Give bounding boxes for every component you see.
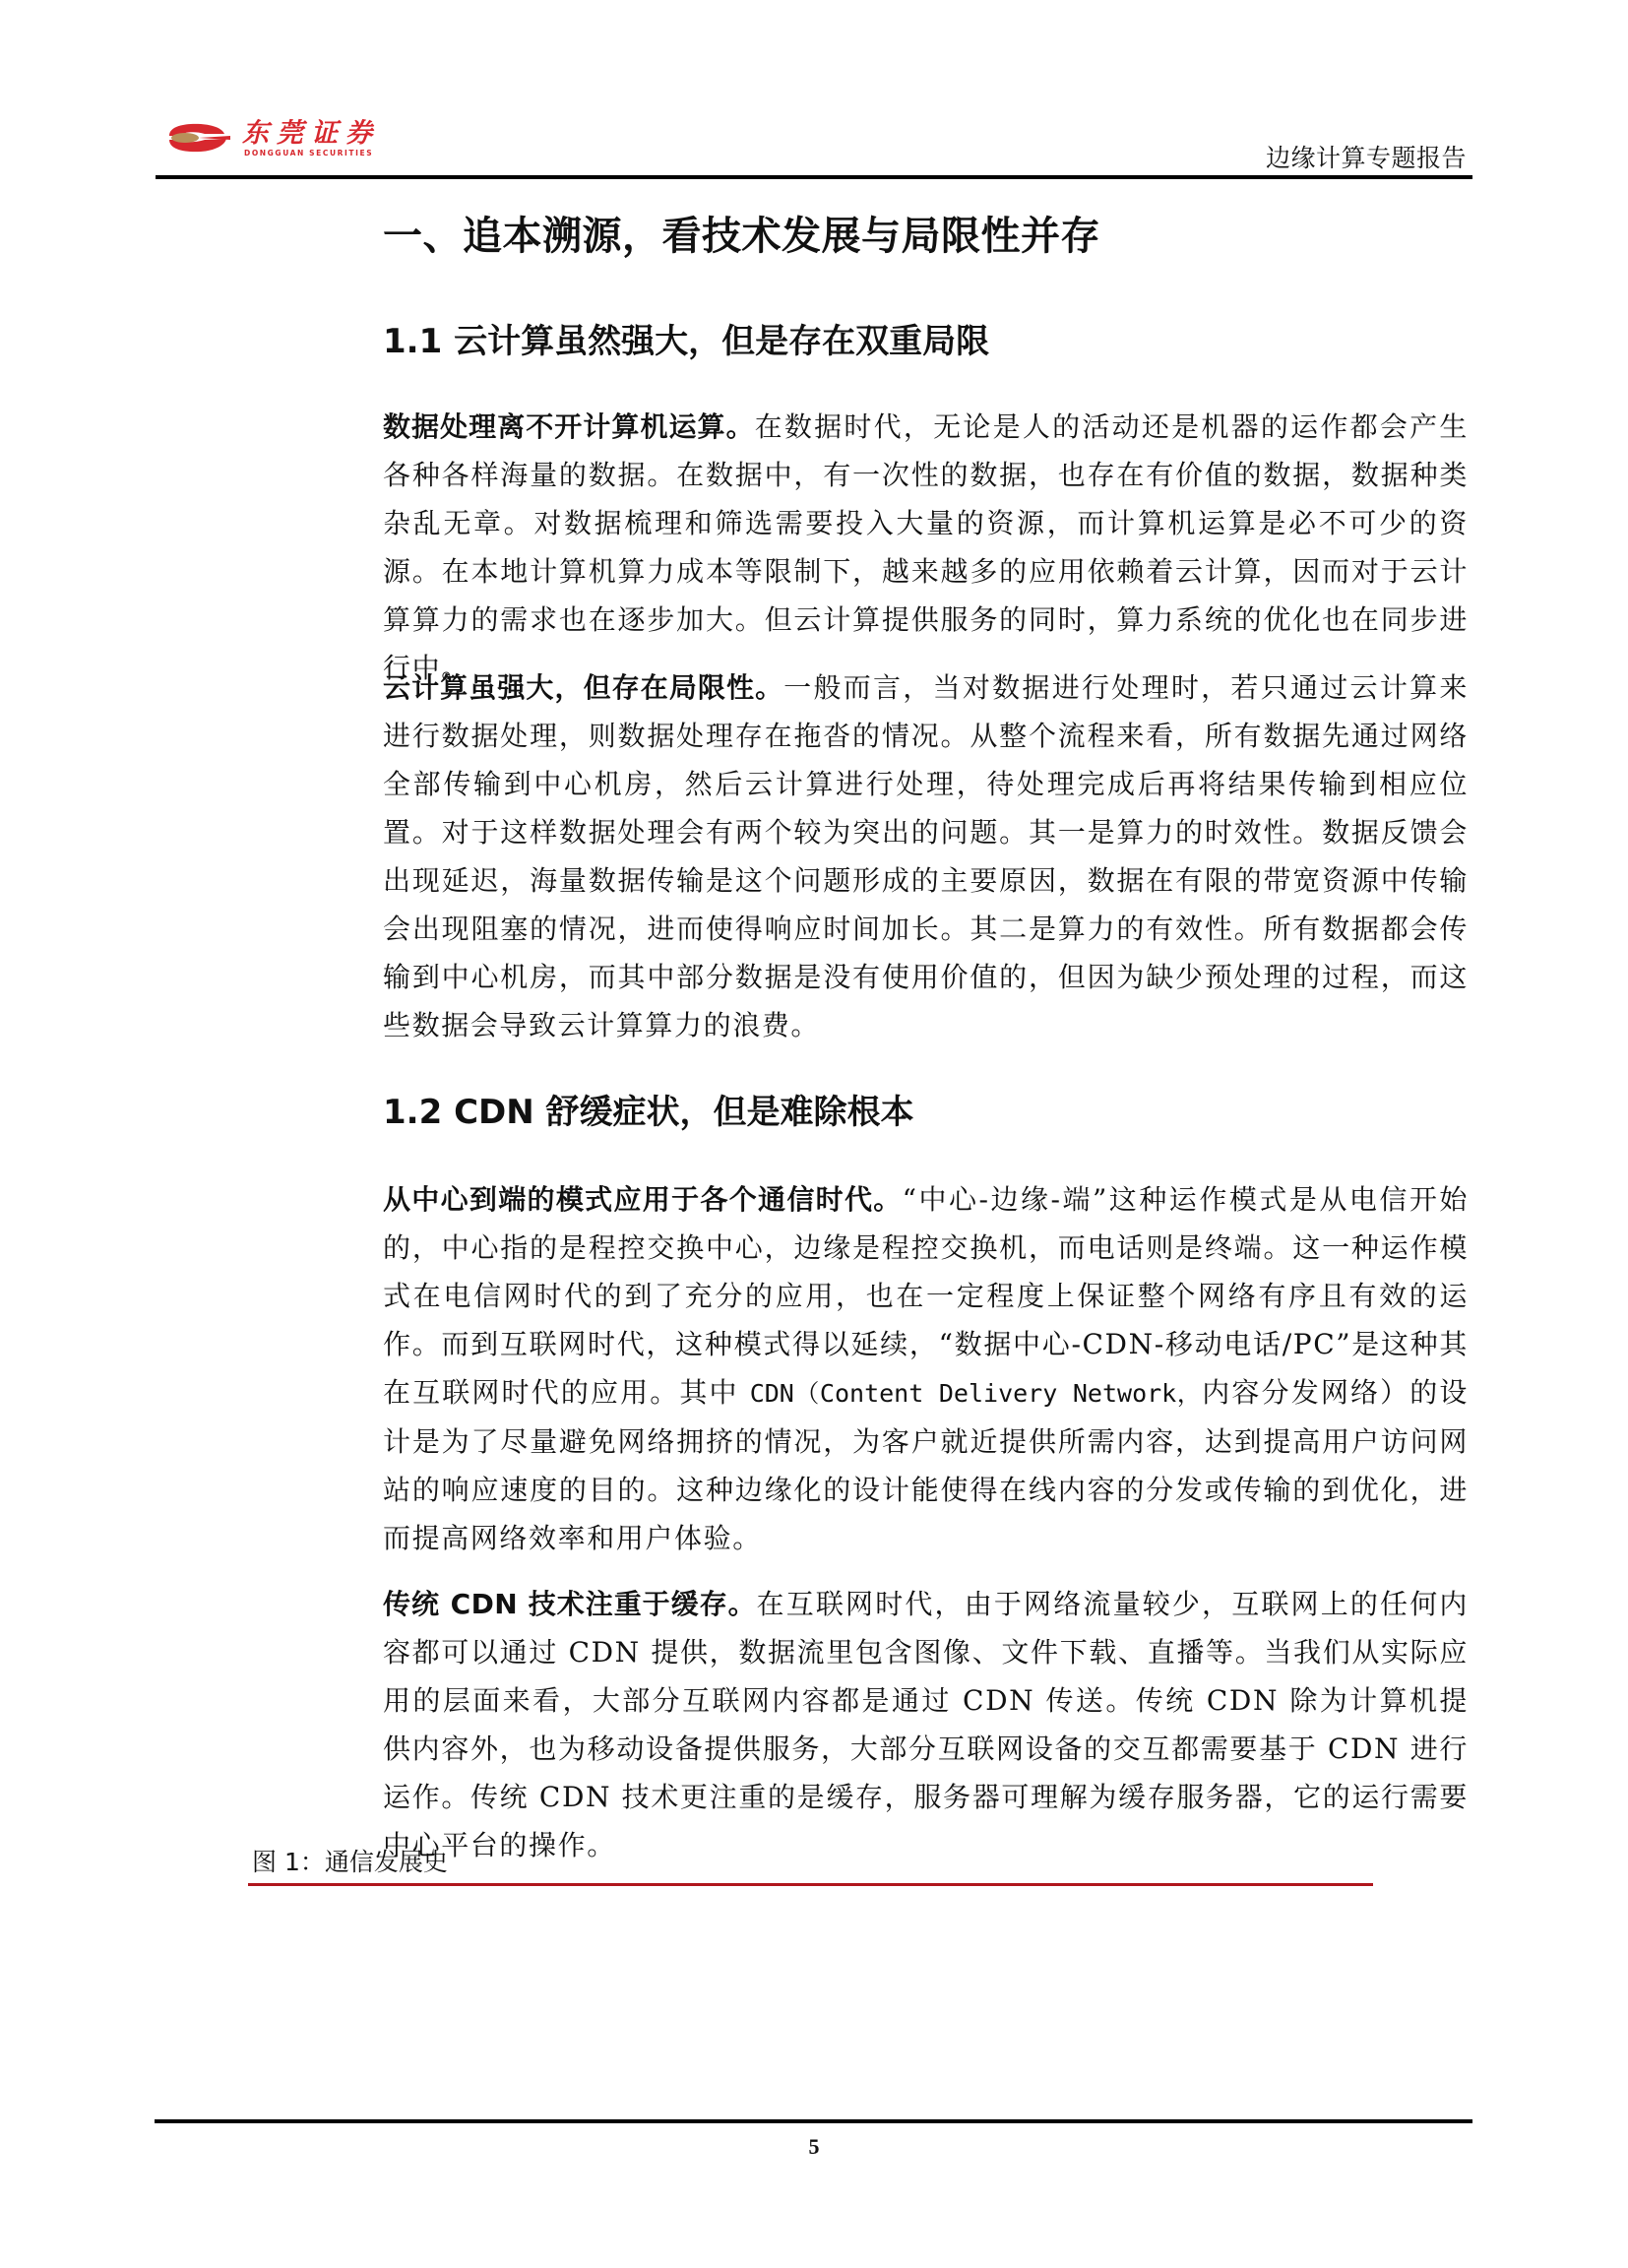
subsection-heading-1-1: 1.1 云计算虽然强大，但是存在双重局限: [383, 321, 989, 362]
paragraph: 从中心到端的模式应用于各个通信时代。“中心-边缘-端”这种运作模式是从电信开始的…: [383, 1175, 1469, 1562]
paragraph-lead: 传统 CDN 技术注重于缓存。: [383, 1588, 757, 1620]
subsection-heading-1-2: 1.2 CDN 舒缓症状，但是难除根本: [383, 1092, 914, 1133]
figure-caption: 图 1：通信发展史: [252, 1847, 448, 1878]
report-title: 边缘计算专题报告: [1266, 144, 1467, 173]
figure-caption-divider: [248, 1883, 1373, 1886]
paragraph-body: 一般而言，当对数据进行处理时，若只通过云计算来进行数据处理，则数据处理存在拖沓的…: [383, 671, 1469, 1041]
logo-name-en: DONGGUAN SECURITIES: [244, 149, 373, 157]
paragraph: 传统 CDN 技术注重于缓存。在互联网时代，由于网络流量较少，互联网上的任何内容…: [383, 1580, 1469, 1869]
logo-name-cn: 东莞证券: [242, 120, 380, 148]
paragraph: 云计算虽强大，但存在局限性。一般而言，当对数据进行处理时，若只通过云计算来进行数…: [383, 663, 1469, 1049]
header-divider: [156, 175, 1472, 179]
company-logo-text: 东莞证券 DONGGUAN SECURITIES: [242, 120, 419, 159]
paragraph-body: 在数据时代，无论是人的活动还是机器的运作都会产生各种各样海量的数据。在数据中，有…: [383, 410, 1469, 684]
page-number: 5: [0, 2134, 1628, 2160]
cdn-term: CDN（Content Delivery Network，: [750, 1379, 1203, 1408]
section-heading: 一、追本溯源，看技术发展与局限性并存: [383, 213, 1100, 260]
paragraph-lead: 数据处理离不开计算机运算。: [383, 410, 755, 443]
logo-mark-icon: [165, 122, 232, 154]
paragraph-lead: 从中心到端的模式应用于各个通信时代。: [383, 1183, 903, 1216]
paragraph-body: 在互联网时代，由于网络流量较少，互联网上的任何内容都可以通过 CDN 提供，数据…: [383, 1588, 1469, 1861]
paragraph: 数据处理离不开计算机运算。在数据时代，无论是人的活动还是机器的运作都会产生各种各…: [383, 403, 1469, 692]
paragraph-body: “中心-边缘-端”这种运作模式是从电信开始的，中心指的是程控交换中心，边缘是程控…: [383, 1183, 1469, 1409]
paragraph-lead: 云计算虽强大，但存在局限性。: [383, 671, 783, 704]
company-logo-mark: [165, 122, 232, 154]
footer-divider: [155, 2119, 1472, 2123]
